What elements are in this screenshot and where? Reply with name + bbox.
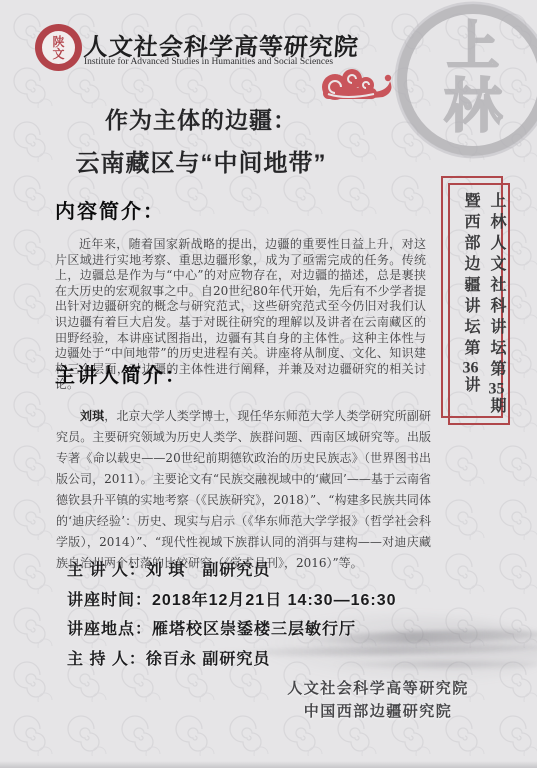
series-forum-name: 上林人文社科讲坛第: [488, 192, 505, 381]
detail-label: 讲座地点：: [67, 621, 152, 638]
series-number-36: 36: [462, 360, 479, 376]
detail-label: 主 讲 人：: [67, 562, 146, 579]
organizers: 人文社会科学高等研究院 中国西部边疆研究院: [238, 678, 518, 723]
detail-row-speaker: 主 讲 人：刘 琪 副研究员: [67, 556, 397, 586]
detail-value: 雁塔校区崇鋈楼三层敏行厅: [152, 621, 356, 638]
bottom-shade: [0, 761, 537, 768]
detail-value: 2018年12月21日 14:30—16:30: [152, 592, 396, 609]
lecture-details: 主 讲 人：刘 琪 副研究员 讲座时间：2018年12月21日 14:30—16…: [67, 556, 397, 674]
series-forum-name-2: 暨西部边疆讲坛第: [462, 192, 479, 360]
seal-char-top: 上: [447, 19, 499, 76]
series-banner-text: 上林人文社科讲坛第35期 暨西部边疆讲坛第36讲: [451, 192, 509, 422]
speaker-intro-body: 刘琪，北京大学人类学博士，现任华东师范大学人类学研究所副研究员。主要研究领域为历…: [56, 406, 431, 574]
organizer-line-2: 中国西部边疆研究院: [238, 701, 518, 724]
series-unit-jiang: 讲: [462, 376, 479, 397]
series-banner-col-right: 上林人文社科讲坛第35期: [483, 192, 509, 422]
title-line-2: 云南藏区与“中间地带”: [2, 143, 400, 178]
speaker-intro-heading: 主讲人简介：: [55, 359, 187, 388]
university-logo-seal: 陕 文: [35, 24, 82, 71]
logo-glyph-bottom: 文: [52, 48, 64, 60]
detail-value: 刘 琪 副研究员: [146, 562, 270, 579]
series-number-35: 35: [488, 381, 505, 397]
detail-label: 讲座时间：: [67, 592, 152, 609]
shanglin-seal-stamp: 上 林: [383, 0, 537, 177]
detail-value: 徐百永 副研究员: [146, 651, 270, 668]
speaker-name: 刘琪: [80, 409, 104, 423]
title-line-1: 作为主体的边疆：: [2, 102, 400, 135]
organizer-line-1: 人文社会科学高等研究院: [238, 678, 518, 701]
content-intro-heading: 内容简介：: [55, 195, 165, 224]
detail-row-host: 主 持 人：徐百永 副研究员: [67, 645, 397, 675]
detail-row-venue: 讲座地点：雁塔校区崇鋈楼三层敏行厅: [67, 615, 397, 645]
institute-name-en: Institute for Advanced Studies in Humani…: [84, 57, 333, 67]
series-unit-qi: 期: [488, 397, 505, 418]
logo-inner-disc: 陕 文: [41, 30, 76, 65]
poster-title: 作为主体的边疆： 云南藏区与“中间地带”: [2, 102, 400, 178]
detail-label: 主 持 人：: [67, 651, 146, 668]
lecture-poster: 上 林 陕 文 人文社会科学高等研究院 Institute for Advanc…: [0, 0, 537, 768]
logo-glyph-top: 陕: [52, 36, 64, 48]
logo-seal-glyphs: 陕 文: [52, 36, 64, 60]
series-banner-col-left: 暨西部边疆讲坛第36讲: [457, 192, 483, 422]
speaker-bio-text: ，北京大学人类学博士，现任华东师范大学人类学研究所副研究员。主要研究领域为历史人…: [56, 409, 431, 570]
detail-row-time: 讲座时间：2018年12月21日 14:30—16:30: [67, 586, 397, 616]
seal-char-bottom: 林: [444, 74, 503, 139]
